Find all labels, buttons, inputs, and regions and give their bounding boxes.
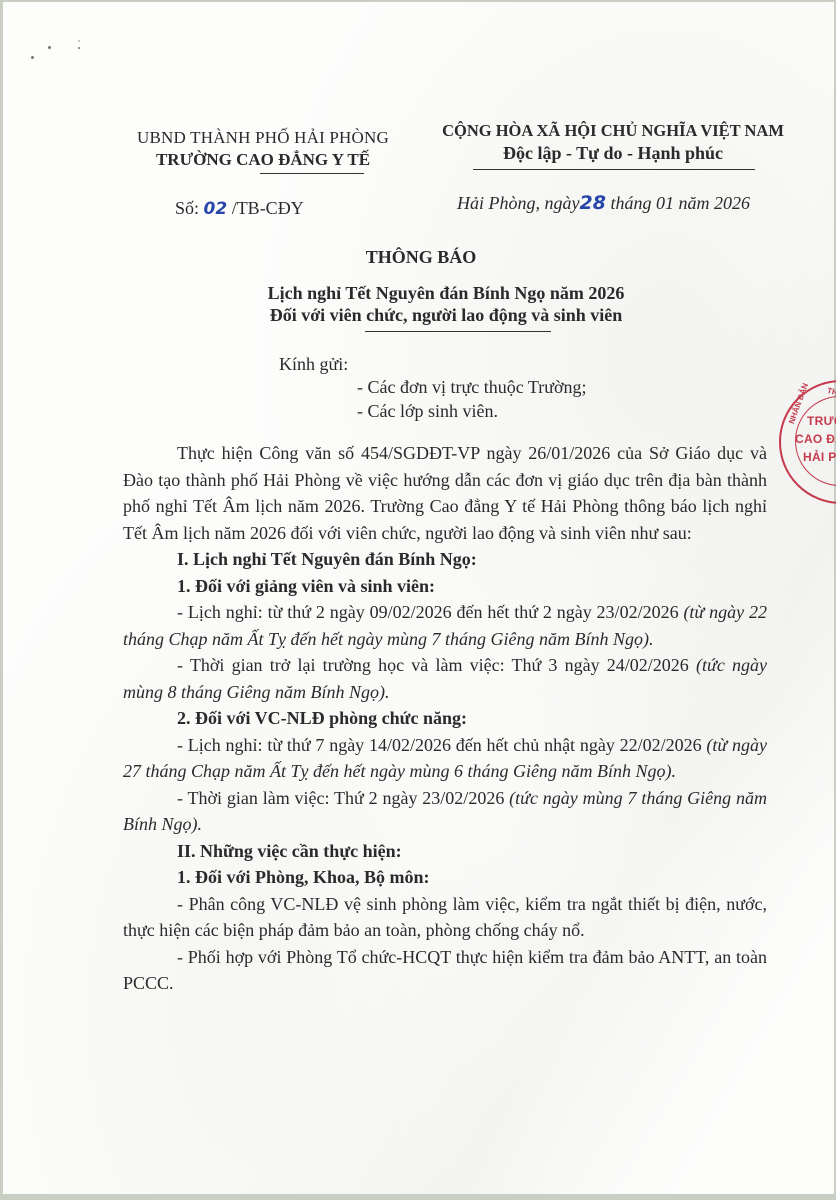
speck bbox=[48, 46, 51, 49]
subtitle-underline bbox=[365, 331, 551, 332]
section-1-1-heading: 1. Đối với giảng viên và sinh viên: bbox=[123, 573, 767, 600]
section-1-1-return: - Thời gian trở lại trường học và làm vi… bbox=[123, 652, 767, 705]
seal-line-2: CAO ĐẲ bbox=[795, 432, 836, 446]
seal-line-3: HẢI P bbox=[803, 450, 836, 464]
issuer-underline bbox=[260, 173, 364, 174]
motto-underline bbox=[473, 169, 755, 170]
number-handwritten: 02 bbox=[204, 199, 228, 219]
section-1-2-heading: 2. Đối với VC-NLĐ phòng chức năng: bbox=[123, 705, 767, 732]
return-text: - Thời gian trở lại trường học và làm vi… bbox=[177, 655, 696, 675]
work-text: - Thời gian làm việc: Thứ 2 ngày 23/02/2… bbox=[177, 788, 509, 808]
national-motto: Độc lập - Tự do - Hạnh phúc bbox=[413, 142, 813, 164]
document-page: UBND THÀNH PHỐ HẢI PHÒNG TRƯỜNG CAO ĐẲNG… bbox=[3, 2, 834, 1194]
section-1-2-work: - Thời gian làm việc: Thứ 2 ngày 23/02/2… bbox=[123, 785, 767, 838]
document-subtitle-1: Lịch nghỉ Tết Nguyên đán Bính Ngọ năm 20… bbox=[3, 283, 836, 304]
section-2-1-item: - Phân công VC-NLĐ vệ sinh phòng làm việ… bbox=[123, 891, 767, 944]
schedule-text: - Lịch nghỉ: từ thứ 7 ngày 14/02/2026 đế… bbox=[177, 735, 706, 755]
document-number: Số: 02 /TB-CĐY bbox=[175, 198, 304, 219]
document-subtitle-2: Đối với viên chức, người lao động và sin… bbox=[3, 305, 836, 326]
intro-paragraph: Thực hiện Công văn số 454/SGDĐT-VP ngày … bbox=[123, 440, 767, 546]
section-1-heading: I. Lịch nghỉ Tết Nguyên đán Bính Ngọ: bbox=[123, 546, 767, 573]
official-seal: NHÂN DÂN THÀ TRƯỜ CAO ĐẲ HẢI P bbox=[779, 380, 836, 504]
section-1-1-schedule: - Lịch nghỉ: từ thứ 2 ngày 09/02/2026 đế… bbox=[123, 599, 767, 652]
document-body: Thực hiện Công văn số 454/SGDĐT-VP ngày … bbox=[123, 440, 767, 997]
number-suffix: /TB-CĐY bbox=[227, 198, 304, 218]
section-2-heading: II. Những việc cần thực hiện: bbox=[123, 838, 767, 865]
recipient-item: - Các lớp sinh viên. bbox=[357, 401, 498, 422]
national-header: CỘNG HÒA XÃ HỘI CHỦ NGHĨA VIỆT NAM Độc l… bbox=[413, 120, 813, 164]
nation-name: CỘNG HÒA XÃ HỘI CHỦ NGHĨA VIỆT NAM bbox=[413, 120, 813, 142]
document-title: THÔNG BÁO bbox=[3, 247, 836, 268]
section-1-2-schedule: - Lịch nghỉ: từ thứ 7 ngày 14/02/2026 đế… bbox=[123, 732, 767, 785]
number-prefix: Số: bbox=[175, 198, 204, 218]
speck bbox=[78, 47, 80, 49]
speck bbox=[31, 56, 34, 59]
recipient-item: - Các đơn vị trực thuộc Trường; bbox=[357, 377, 587, 398]
date-day-handwritten: 28 bbox=[579, 192, 605, 214]
section-2-1-heading: 1. Đối với Phòng, Khoa, Bộ môn: bbox=[123, 864, 767, 891]
speck bbox=[78, 40, 80, 42]
schedule-text: - Lịch nghỉ: từ thứ 2 ngày 09/02/2026 đế… bbox=[177, 602, 683, 622]
date-suffix: tháng 01 năm 2026 bbox=[606, 193, 750, 213]
date-prefix: Hải Phòng, ngày bbox=[457, 193, 579, 213]
section-2-1-item: - Phối hợp với Phòng Tổ chức-HCQT thực h… bbox=[123, 944, 767, 997]
document-date: Hải Phòng, ngày28 tháng 01 năm 2026 bbox=[457, 192, 750, 214]
seal-line-1: TRƯỜ bbox=[807, 414, 836, 428]
issuer-authority: UBND THÀNH PHỐ HẢI PHÒNG bbox=[123, 127, 403, 149]
issuer-school: TRƯỜNG CAO ĐẲNG Y TẾ bbox=[123, 149, 403, 171]
recipients-label: Kính gửi: bbox=[279, 354, 348, 375]
issuer-block: UBND THÀNH PHỐ HẢI PHÒNG TRƯỜNG CAO ĐẲNG… bbox=[123, 127, 403, 171]
